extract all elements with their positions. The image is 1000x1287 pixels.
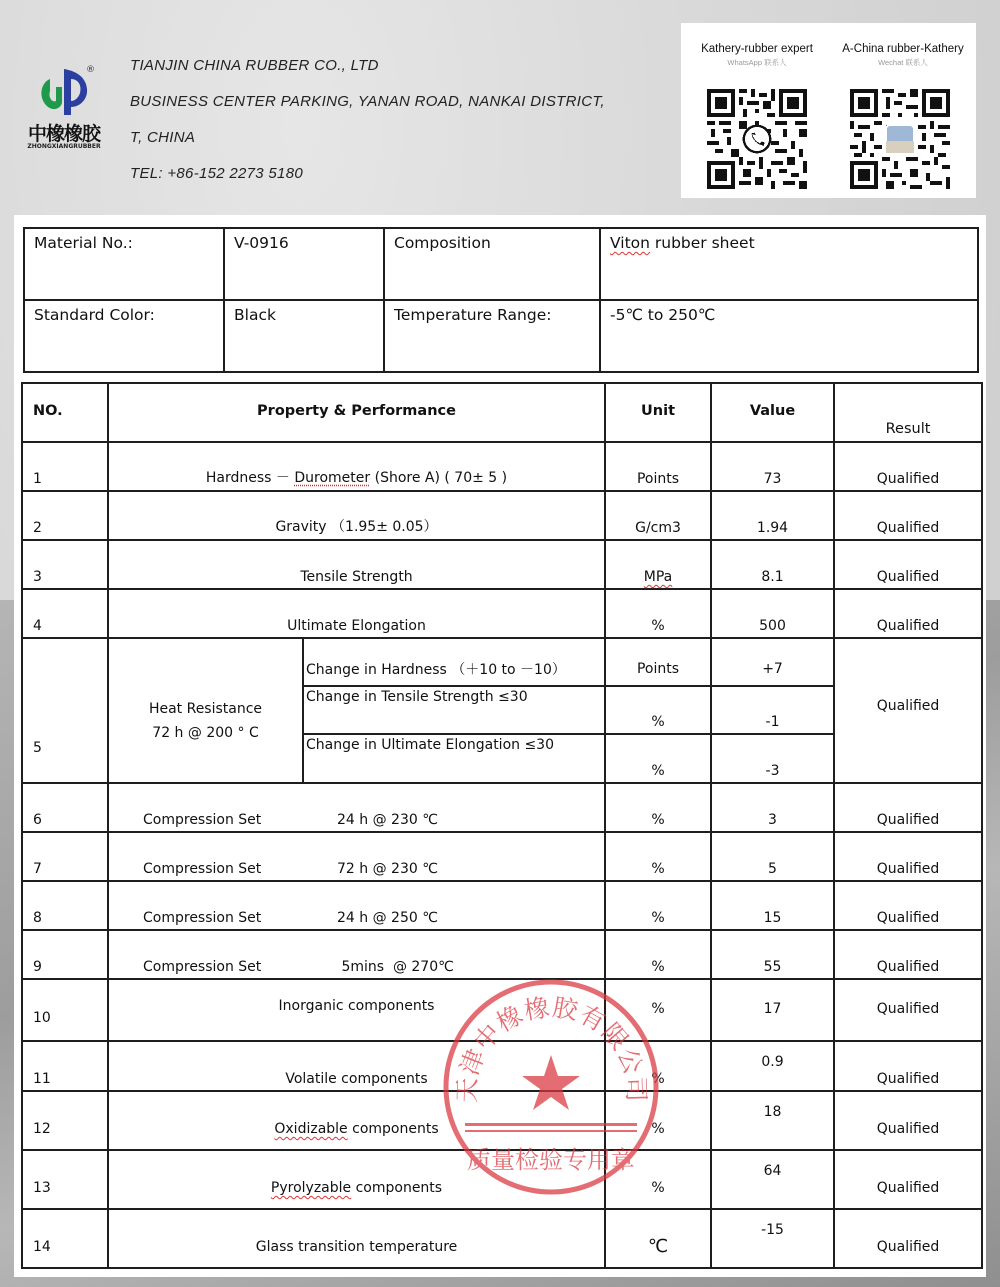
row-result: Qualified bbox=[834, 930, 982, 979]
logo-english-name: ZHONGXIANGRUBBER bbox=[14, 143, 114, 150]
table-row: 2 Gravity （1.95± 0.05） G/cm3 1.94 Qualif… bbox=[22, 491, 982, 540]
row-result: Qualified bbox=[834, 491, 982, 540]
row-value: 18 bbox=[711, 1091, 834, 1150]
row-result: Qualified bbox=[834, 881, 982, 930]
sub-row-value: -3 bbox=[711, 734, 834, 783]
company-logo: ® 中橡橡胶 ZHONGXIANGRUBBER bbox=[14, 65, 114, 155]
table-row: 4 Ultimate Elongation % 500 Qualified bbox=[22, 589, 982, 638]
header-no: NO. bbox=[22, 383, 108, 442]
row-property: Hardness － Durometer (Shore A) ( 70± 5 ) bbox=[108, 442, 605, 491]
whatsapp-qr-block: Kathery-rubber expert WhatsApp 联系人 bbox=[683, 43, 831, 68]
temperature-range-value: -5℃ to 250℃ bbox=[600, 300, 978, 372]
row-no: 3 bbox=[22, 540, 108, 589]
row-value: 17 bbox=[711, 979, 834, 1041]
row-unit: % bbox=[605, 589, 711, 638]
property-condition: 5mins @ 270℃ bbox=[337, 959, 454, 975]
row-property: Compression Set24 h @ 250 ℃ bbox=[108, 881, 605, 930]
property-text-underlined: Oxidizable bbox=[274, 1121, 347, 1137]
row-unit: % bbox=[605, 979, 711, 1041]
row-unit: % bbox=[605, 1150, 711, 1209]
sub-row-unit: Points bbox=[605, 638, 711, 686]
property-condition: 72 h @ 230 ℃ bbox=[337, 861, 438, 877]
row-value: 3 bbox=[711, 783, 834, 832]
row-value: 5 bbox=[711, 832, 834, 881]
row-unit: ℃ bbox=[605, 1209, 711, 1268]
row-result: Qualified bbox=[834, 1209, 982, 1268]
row-result: Qualified bbox=[834, 1150, 982, 1209]
row-unit: MPa bbox=[605, 540, 711, 589]
header-unit: Unit bbox=[605, 383, 711, 442]
row-value: 1.94 bbox=[711, 491, 834, 540]
property-text: Compression Set bbox=[109, 861, 337, 877]
composition-value-word: Viton bbox=[610, 234, 650, 252]
row-result: Qualified bbox=[834, 442, 982, 491]
row-value: 55 bbox=[711, 930, 834, 979]
row-property: Compression Set24 h @ 230 ℃ bbox=[108, 783, 605, 832]
row-property: Gravity （1.95± 0.05） bbox=[108, 491, 605, 540]
property-text: Compression Set bbox=[109, 959, 337, 975]
row-value: -15 bbox=[711, 1209, 834, 1268]
row-property: Pyrolyzable components bbox=[108, 1150, 605, 1209]
sub-row-value: +7 bbox=[711, 638, 834, 686]
row-result: Qualified bbox=[834, 540, 982, 589]
unit-text: MPa bbox=[644, 569, 672, 585]
row-value: 8.1 bbox=[711, 540, 834, 589]
row-property: Glass transition temperature bbox=[108, 1209, 605, 1268]
property-text-underlined: Durometer bbox=[294, 470, 370, 486]
heat-resistance-title: Heat Resistance bbox=[113, 697, 298, 721]
table-header-row: NO. Property & Performance Unit Value Re… bbox=[22, 383, 982, 442]
table-row: 10 Inorganic components % 17 Qualified bbox=[22, 979, 982, 1041]
row-property: Compression Set 5mins @ 270℃ bbox=[108, 930, 605, 979]
row-no: 12 bbox=[22, 1091, 108, 1150]
whatsapp-qr-code-icon[interactable] bbox=[706, 89, 808, 189]
row-result: Qualified bbox=[834, 979, 982, 1041]
row-property: Inorganic components bbox=[108, 979, 605, 1041]
material-no-label: Material No.: bbox=[24, 228, 224, 300]
row-unit: Points bbox=[605, 442, 711, 491]
whatsapp-contact-subtitle: WhatsApp 联系人 bbox=[683, 57, 831, 68]
row-property: Ultimate Elongation bbox=[108, 589, 605, 638]
row-property: Tensile Strength bbox=[108, 540, 605, 589]
row-value: 64 bbox=[711, 1150, 834, 1209]
header-property: Property & Performance bbox=[108, 383, 605, 442]
table-row-heat-resistance: 5 Heat Resistance 72 h @ 200 ° C Change … bbox=[22, 638, 982, 686]
row-no: 13 bbox=[22, 1150, 108, 1209]
composition-value: Viton rubber sheet bbox=[600, 228, 978, 300]
row-no: 7 bbox=[22, 832, 108, 881]
property-condition: 24 h @ 230 ℃ bbox=[337, 812, 438, 828]
table-row: 11 Volatile components % 0.9 Qualified bbox=[22, 1041, 982, 1091]
composition-value-rest: rubber sheet bbox=[650, 234, 755, 252]
table-row: 6 Compression Set24 h @ 230 ℃ % 3 Qualif… bbox=[22, 783, 982, 832]
row-unit: % bbox=[605, 1041, 711, 1091]
row-result: Qualified bbox=[834, 1041, 982, 1091]
row-result: Qualified bbox=[834, 1091, 982, 1150]
property-text: Compression Set bbox=[109, 910, 337, 926]
logo-chinese-name: 中橡橡胶 bbox=[14, 119, 114, 146]
property-text: (Shore A) ( 70± 5 ) bbox=[370, 470, 507, 486]
property-text: Hardness － bbox=[206, 470, 294, 486]
row-no: 6 bbox=[22, 783, 108, 832]
row-result: Qualified bbox=[834, 783, 982, 832]
company-name: TIANJIN CHINA RUBBER CO., LTD bbox=[130, 56, 605, 92]
row-property: Volatile components bbox=[108, 1041, 605, 1091]
heat-resistance-condition: 72 h @ 200 ° C bbox=[113, 721, 298, 745]
row-result: Qualified bbox=[834, 638, 982, 783]
row-no: 4 bbox=[22, 589, 108, 638]
row-result: Qualified bbox=[834, 589, 982, 638]
row-property: Compression Set72 h @ 230 ℃ bbox=[108, 832, 605, 881]
row-no: 5 bbox=[22, 638, 108, 783]
property-text: Compression Set bbox=[109, 812, 337, 828]
datasheet-page: Material No.: V-0916 Composition Viton r… bbox=[14, 215, 986, 1277]
sub-row-unit: % bbox=[605, 734, 711, 783]
standard-color-label: Standard Color: bbox=[24, 300, 224, 372]
header-result: Result bbox=[834, 383, 982, 442]
row-no: 8 bbox=[22, 881, 108, 930]
sub-row-property: Change in Ultimate Elongation ≤30 bbox=[303, 734, 605, 783]
sub-row-property: Change in Tensile Strength ≤30 bbox=[303, 686, 605, 734]
row-unit: % bbox=[605, 1091, 711, 1150]
company-address-line-1: BUSINESS CENTER PARKING, YANAN ROAD, NAN… bbox=[130, 92, 605, 128]
property-text: components bbox=[351, 1180, 442, 1196]
row-unit: % bbox=[605, 832, 711, 881]
company-address-line-2: T, CHINA bbox=[130, 128, 605, 164]
row-value: 15 bbox=[711, 881, 834, 930]
properties-table: NO. Property & Performance Unit Value Re… bbox=[21, 382, 983, 1269]
header-value: Value bbox=[711, 383, 834, 442]
wechat-qr-code-icon[interactable] bbox=[849, 89, 951, 189]
table-row: 7 Compression Set72 h @ 230 ℃ % 5 Qualif… bbox=[22, 832, 982, 881]
row-unit: % bbox=[605, 783, 711, 832]
logo-mark-icon bbox=[36, 65, 92, 117]
table-row: 12 Oxidizable components % 18 Qualified bbox=[22, 1091, 982, 1150]
standard-color-value: Black bbox=[224, 300, 384, 372]
row-unit: G/cm3 bbox=[605, 491, 711, 540]
temperature-range-label: Temperature Range: bbox=[384, 300, 600, 372]
whatsapp-contact-name: Kathery-rubber expert bbox=[683, 43, 831, 55]
table-row: 8 Compression Set24 h @ 250 ℃ % 15 Quali… bbox=[22, 881, 982, 930]
row-no: 14 bbox=[22, 1209, 108, 1268]
table-row: 13 Pyrolyzable components % 64 Qualified bbox=[22, 1150, 982, 1209]
contact-qr-card: Kathery-rubber expert WhatsApp 联系人 A-Chi… bbox=[681, 23, 976, 198]
row-value: 0.9 bbox=[711, 1041, 834, 1091]
composition-label: Composition bbox=[384, 228, 600, 300]
row-no: 2 bbox=[22, 491, 108, 540]
row-value: 500 bbox=[711, 589, 834, 638]
table-row: 9 Compression Set 5mins @ 270℃ % 55 Qual… bbox=[22, 930, 982, 979]
row-property: Oxidizable components bbox=[108, 1091, 605, 1150]
sub-row-value: -1 bbox=[711, 686, 834, 734]
company-phone: TEL: +86-152 2273 5180 bbox=[130, 164, 605, 200]
property-text: components bbox=[348, 1121, 439, 1137]
row-no: 11 bbox=[22, 1041, 108, 1091]
row-result: Qualified bbox=[834, 832, 982, 881]
row-unit: % bbox=[605, 930, 711, 979]
registered-mark: ® bbox=[86, 65, 95, 75]
heat-resistance-label: Heat Resistance 72 h @ 200 ° C bbox=[108, 638, 303, 783]
row-value: 73 bbox=[711, 442, 834, 491]
material-info-table: Material No.: V-0916 Composition Viton r… bbox=[23, 227, 979, 373]
sub-row-property: Change in Hardness （＋10 to －10） bbox=[303, 638, 605, 686]
company-info: TIANJIN CHINA RUBBER CO., LTD BUSINESS C… bbox=[130, 56, 605, 200]
table-row: 1 Hardness － Durometer (Shore A) ( 70± 5… bbox=[22, 442, 982, 491]
wechat-contact-subtitle: Wechat 联系人 bbox=[829, 57, 977, 68]
wechat-qr-block: A-China rubber-Kathery Wechat 联系人 bbox=[829, 43, 977, 68]
row-unit: % bbox=[605, 881, 711, 930]
sub-row-unit: % bbox=[605, 686, 711, 734]
property-condition: 24 h @ 250 ℃ bbox=[337, 910, 438, 926]
property-text-underlined: Pyrolyzable bbox=[271, 1180, 351, 1196]
table-row: 14 Glass transition temperature ℃ -15 Qu… bbox=[22, 1209, 982, 1268]
row-no: 10 bbox=[22, 979, 108, 1041]
row-no: 1 bbox=[22, 442, 108, 491]
table-row: 3 Tensile Strength MPa 8.1 Qualified bbox=[22, 540, 982, 589]
row-no: 9 bbox=[22, 930, 108, 979]
wechat-contact-name: A-China rubber-Kathery bbox=[829, 43, 977, 55]
material-no-value: V-0916 bbox=[224, 228, 384, 300]
